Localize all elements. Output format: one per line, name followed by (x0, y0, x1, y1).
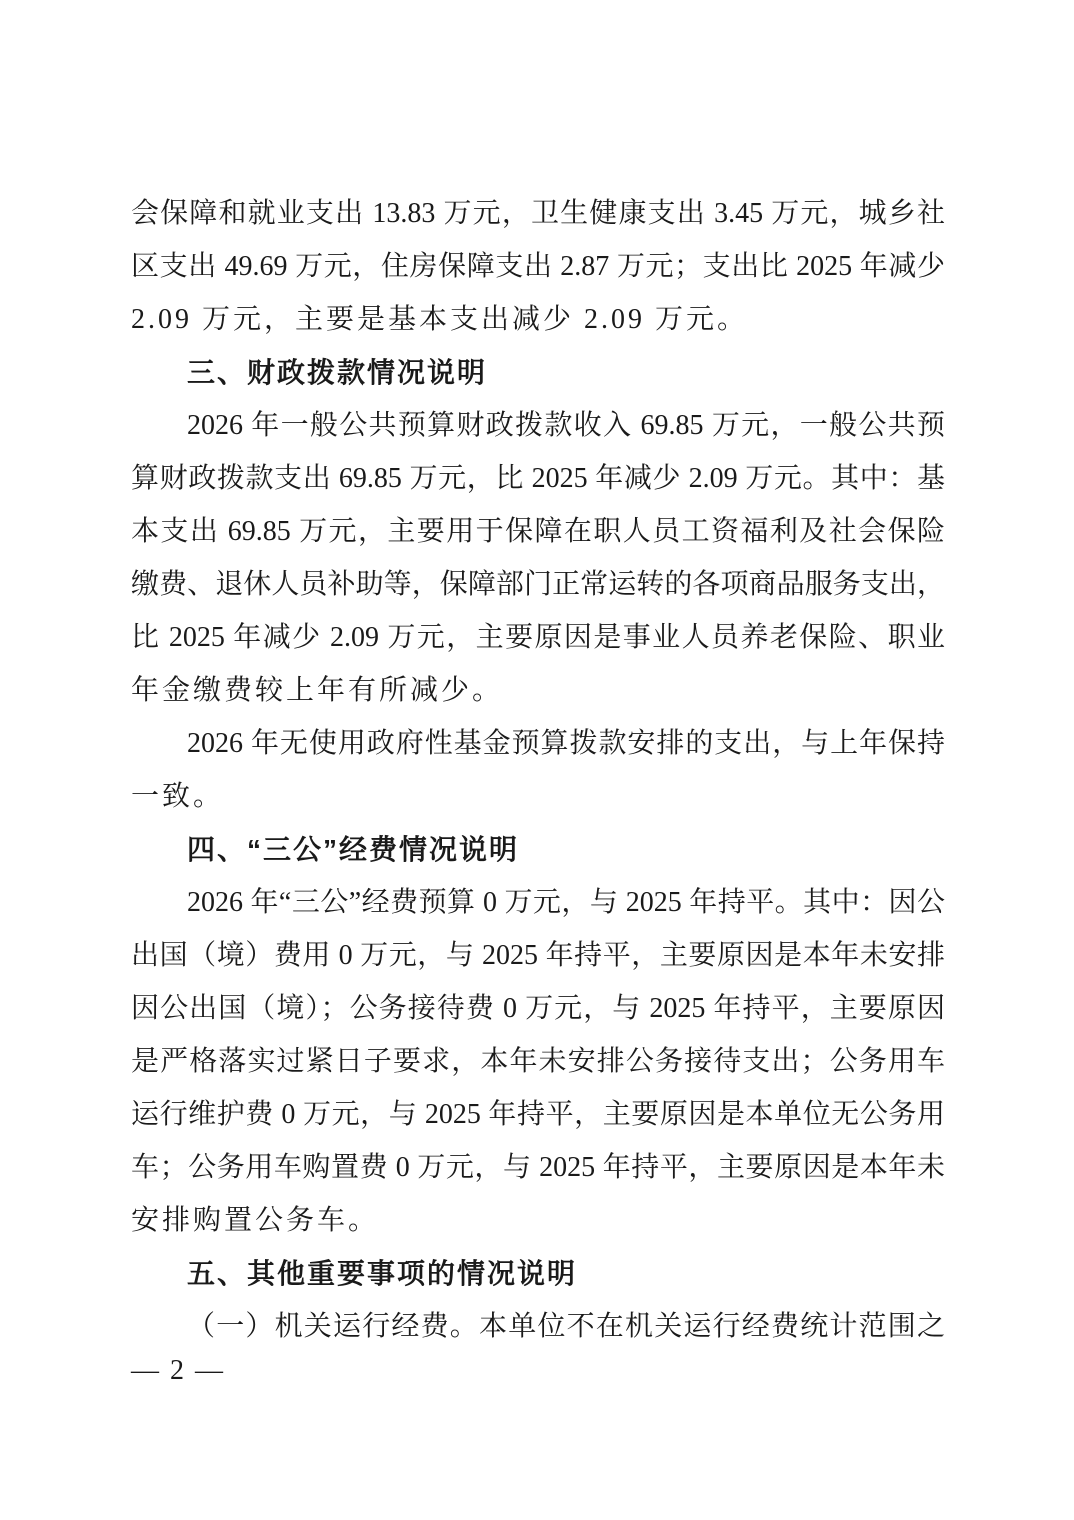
body-line: 2.09 万元，主要是基本支出减少 2.09 万元。 (131, 293, 945, 346)
body-line: 年金缴费较上年有所减少。 (131, 664, 945, 717)
body-line: 是严格落实过紧日子要求，本年未安排公务接待支出；公务用车 (131, 1035, 945, 1088)
body-line: （一）机关运行经费。本单位不在机关运行经费统计范围之 (131, 1300, 945, 1353)
body-line: 区支出 49.69 万元，住房保障支出 2.87 万元；支出比 2025 年减少 (131, 240, 945, 293)
body-line: 2026 年“三公”经费预算 0 万元，与 2025 年持平。其中：因公 (131, 876, 945, 929)
document-body: 会保障和就业支出 13.83 万元，卫生健康支出 3.45 万元，城乡社 区支出… (131, 187, 945, 1353)
body-line: 车；公务用车购置费 0 万元，与 2025 年持平，主要原因是本年未 (131, 1141, 945, 1194)
body-line: 因公出国（境）；公务接待费 0 万元，与 2025 年持平，主要原因 (131, 982, 945, 1035)
body-line: 安排购置公务车。 (131, 1194, 945, 1247)
document-page: 会保障和就业支出 13.83 万元，卫生健康支出 3.45 万元，城乡社 区支出… (0, 0, 1074, 1520)
section-heading: 四、“三公”经费情况说明 (131, 823, 945, 876)
body-line: 运行维护费 0 万元，与 2025 年持平，主要原因是本单位无公务用 (131, 1088, 945, 1141)
body-line: 本支出 69.85 万元，主要用于保障在职人员工资福利及社会保险 (131, 505, 945, 558)
body-line: 出国（境）费用 0 万元，与 2025 年持平，主要原因是本年未安排 (131, 929, 945, 982)
section-heading: 五、其他重要事项的情况说明 (131, 1247, 945, 1300)
body-line: 2026 年一般公共预算财政拨款收入 69.85 万元，一般公共预 (131, 399, 945, 452)
body-line: 比 2025 年减少 2.09 万元，主要原因是事业人员养老保险、职业 (131, 611, 945, 664)
body-line: 算财政拨款支出 69.85 万元，比 2025 年减少 2.09 万元。其中：基 (131, 452, 945, 505)
body-line: 会保障和就业支出 13.83 万元，卫生健康支出 3.45 万元，城乡社 (131, 187, 945, 240)
body-line: 一致。 (131, 770, 945, 823)
body-line: 缴费、退休人员补助等，保障部门正常运转的各项商品服务支出， (131, 558, 945, 611)
page-number: — 2 — (131, 1354, 225, 1388)
body-line: 2026 年无使用政府性基金预算拨款安排的支出，与上年保持 (131, 717, 945, 770)
section-heading: 三、财政拨款情况说明 (131, 346, 945, 399)
